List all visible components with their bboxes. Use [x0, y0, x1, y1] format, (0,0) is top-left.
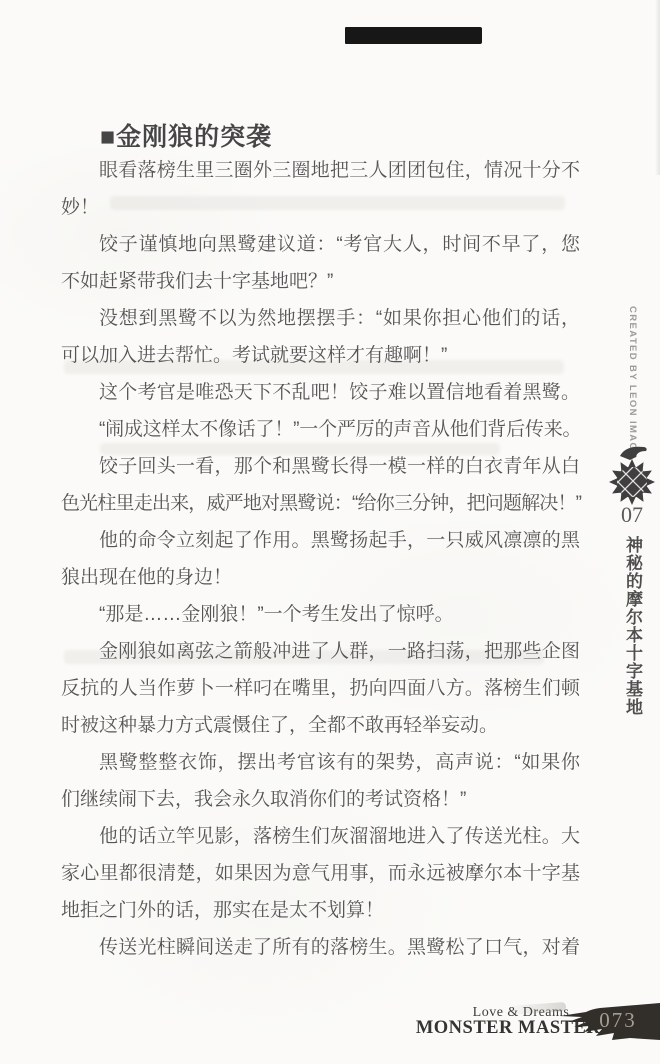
text-line: 不如赶紧带我们去十字基地吧？”: [61, 263, 580, 300]
text-line: “闹成这样太不像话了！”一个严厉的声音从他们背后传来。: [61, 411, 580, 448]
body-text: 眼看落榜生里三圈外三圈地把三人团团包住，情况十分不 妙！ 饺子谨慎地向黑鹭建议道…: [61, 152, 580, 966]
text-line: 他的命令立刻起了作用。黑鹭扬起手，一只威风凛凛的黑: [61, 522, 580, 559]
text-line: “那是……金刚狼！”一个考生发出了惊呼。: [61, 596, 580, 633]
book-page: ■金刚狼的突袭 眼看落榜生里三圈外三圈地把三人团团包住，情况十分不 妙！ 饺子谨…: [0, 0, 660, 1064]
text-line: 狼出现在他的身边！: [61, 559, 580, 596]
text-line: 饺子谨慎地向黑鹭建议道：“考官大人，时间不早了，您: [61, 226, 580, 263]
text-line: 可以加入进去帮忙。考试就要这样才有趣啊！”: [61, 337, 580, 374]
text-line: 地拒之门外的话，那实在是太不划算！: [61, 892, 580, 929]
text-line: 这个考官是唯恐天下不乱吧！饺子难以置信地看着黑鹭。: [61, 374, 580, 411]
text-line: 们继续闹下去，我会永久取消你们的考试资格！”: [61, 781, 580, 818]
text-line: 饺子回头一看，那个和黑鹭长得一模一样的白衣青年从白: [61, 448, 580, 485]
spiky-monster-ball-icon: [606, 444, 658, 506]
text-line: 家心里都很清楚，如果因为意气用事，而永远被摩尔本十字基: [61, 855, 580, 892]
top-black-bar: [345, 27, 482, 44]
chapter-number: 07: [610, 502, 654, 528]
text-line: 传送光柱瞬间送走了所有的落榜生。黑鹭松了口气，对着: [61, 929, 580, 966]
page-number: 073: [586, 1008, 650, 1033]
chapter-title-vertical: 神秘的摩尔本十字基地: [620, 536, 645, 716]
credit-vertical-text: CREATED BY LEON IMAGE: [627, 306, 638, 459]
text-line: 反抗的人当作萝卜一样叼在嘴里，扔向四面八方。落榜生们顿: [61, 670, 580, 707]
text-line: 没想到黑鹭不以为然地摆摆手：“如果你担心他们的话，: [61, 300, 580, 337]
page-edge-shadow: [655, 0, 660, 175]
text-line: 时被这种暴力方式震慑住了，全都不敢再轻举妄动。: [61, 707, 580, 744]
text-line: 色光柱里走出来，威严地对黑鹭说：“给你三分钟，把问题解决！”: [61, 485, 580, 522]
text-line: 妙！: [61, 189, 580, 226]
text-line: 金刚狼如离弦之箭般冲进了人群，一路扫荡，把那些企图: [61, 633, 580, 670]
text-line: 黑鹭整整衣饰，摆出考官该有的架势，高声说：“如果你: [61, 744, 580, 781]
section-title: ■金刚狼的突袭: [100, 117, 272, 153]
text-line: 他的话立竿见影，落榜生们灰溜溜地进入了传送光柱。大: [61, 818, 580, 855]
text-line: 眼看落榜生里三圈外三圈地把三人团团包住，情况十分不: [61, 152, 580, 189]
